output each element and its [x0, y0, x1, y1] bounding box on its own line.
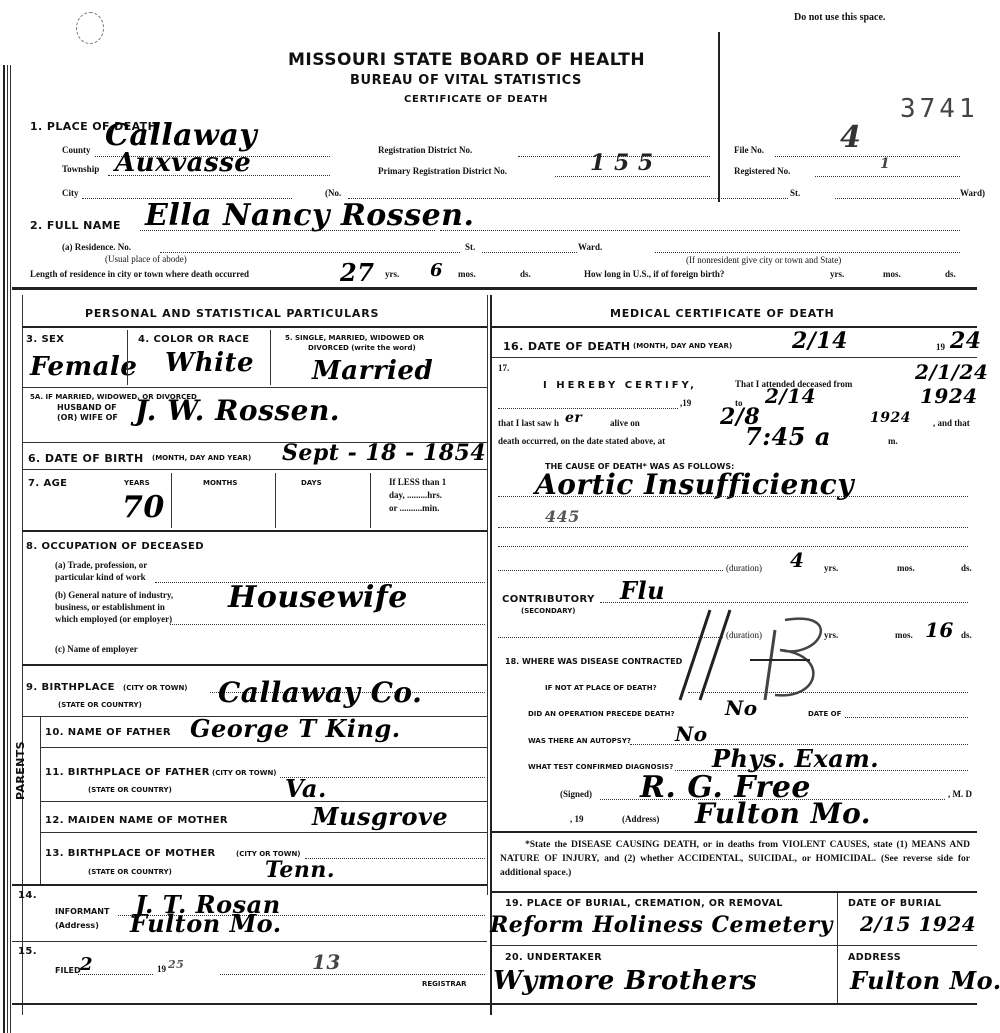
signed-label: (Signed) — [560, 789, 592, 799]
filed-year-label: 19 — [157, 964, 166, 974]
county-label: County — [62, 145, 91, 155]
do-not-use-note: Do not use this space. — [794, 12, 885, 23]
autopsy-field[interactable]: No — [675, 722, 708, 746]
less-than-day-label: If LESS than 1 — [389, 477, 446, 487]
cell-divider — [370, 473, 371, 528]
dod-year-field[interactable]: 24 — [950, 328, 982, 354]
contributory-field[interactable]: Flu — [620, 576, 665, 605]
age-years-field[interactable]: 70 — [122, 490, 165, 525]
father-bp-city-sublabel: (CITY OR TOWN) — [212, 769, 277, 777]
header-divider — [718, 32, 720, 202]
cell-divider — [127, 330, 128, 385]
filed-year-field[interactable]: 25 — [168, 958, 184, 971]
dob-field[interactable]: Sept - 18 - 1854 — [282, 440, 486, 466]
months-label: MONTHS — [203, 479, 237, 487]
meridiem-label: m. — [888, 436, 898, 446]
form-bureau: BUREAU OF VITAL STATISTICS — [350, 73, 582, 88]
mother-name-field[interactable]: Musgrove — [312, 802, 448, 831]
cell-divider — [270, 330, 271, 385]
occupation-a-label2: particular kind of work — [55, 572, 146, 582]
mother-bp-state-sublabel: (STATE OR COUNTRY) — [88, 868, 172, 876]
primary-registration-label: Primary Registration District No. — [378, 166, 507, 176]
occupation-label: 8. OCCUPATION OF DECEASED — [26, 541, 204, 552]
occupation-a-label: (a) Trade, profession, or — [55, 560, 147, 570]
cell-divider — [837, 893, 838, 1003]
registrar-label: REGISTRAR — [422, 980, 467, 988]
residence-sublabel: (Usual place of abode) — [105, 254, 187, 264]
date-of-death-label: 16. DATE OF DEATH — [503, 340, 630, 353]
alive-on-label: alive on — [610, 418, 640, 428]
occupation-field[interactable]: Housewife — [228, 580, 408, 615]
duration1-mos-unit: mos. — [897, 563, 915, 573]
dob-sublabel: (MONTH, DAY AND YEAR) — [152, 454, 251, 462]
race-label: 4. COLOR OR RACE — [138, 334, 249, 345]
length-months-field[interactable]: 6 — [430, 260, 443, 281]
registered-no-label: Registered No. — [734, 166, 790, 176]
township-label: Township — [62, 164, 99, 174]
attended-to-year-field[interactable]: 1924 — [920, 384, 978, 408]
birthplace-field[interactable]: Callaway Co. — [218, 676, 422, 709]
medical-section-title: MEDICAL CERTIFICATE OF DEATH — [610, 307, 835, 320]
residence-ward-label: Ward. — [578, 242, 602, 252]
mother-birthplace-field[interactable]: Tenn. — [265, 857, 335, 883]
dob-label: 6. DATE OF BIRTH — [28, 452, 144, 465]
row-divider — [12, 1003, 977, 1005]
registrar-field[interactable]: 13 — [312, 950, 341, 974]
filed-number: 15. — [18, 946, 37, 957]
left-column-right-border — [487, 295, 488, 895]
registered-no-field[interactable]: 1 — [880, 156, 890, 172]
operation-date-label: DATE OF — [808, 710, 841, 718]
father-name-field[interactable]: George T King. — [190, 714, 401, 743]
row-divider — [22, 664, 487, 666]
disease-contracted-label: 18. WHERE WAS DISEASE CONTRACTED — [505, 657, 682, 666]
city-label: City — [62, 188, 79, 198]
row-divider — [12, 884, 487, 886]
operation-label: DID AN OPERATION PRECEDE DEATH? — [528, 710, 675, 718]
attended-to-field[interactable]: 2/14 — [765, 384, 816, 408]
cause-footnote: *State the DISEASE CAUSING DEATH, or in … — [500, 838, 970, 880]
row-divider — [22, 530, 487, 532]
cell-divider — [275, 473, 276, 528]
informant-address-label: (Address) — [55, 921, 99, 930]
left-border — [22, 295, 23, 1015]
md-label: , M. D — [948, 789, 972, 799]
duration2-mos-unit: mos. — [895, 630, 913, 640]
father-birthplace-field[interactable]: Va. — [285, 774, 327, 803]
attended-from-field[interactable]: 2/1/24 — [915, 360, 988, 384]
not-at-place-label: IF NOT AT PLACE OF DEATH? — [545, 684, 657, 692]
physician-address-label: (Address) — [622, 814, 659, 824]
hours-label: day, .........hrs. — [389, 490, 442, 500]
filed-label: FILED — [55, 966, 81, 975]
dod-year-prefix: 19 — [936, 342, 945, 352]
date-of-death-field[interactable]: 2/14 — [792, 328, 848, 354]
death-time-field[interactable]: 7:45 a — [745, 422, 831, 451]
row-divider — [22, 469, 487, 470]
row-divider — [22, 387, 487, 388]
duration1-yrs-field[interactable]: 4 — [790, 548, 804, 572]
undertaker-label: 20. UNDERTAKER — [505, 952, 602, 963]
operation-field[interactable]: No — [725, 696, 758, 720]
section-divider — [12, 287, 977, 290]
father-birthplace-label: 11. BIRTHPLACE OF FATHER — [45, 767, 210, 778]
last-saw-pronoun-field[interactable]: er — [565, 410, 582, 426]
death-occurred-label: death occurred, on the date stated above… — [498, 436, 665, 446]
row-divider — [492, 326, 977, 328]
years-label: YEARS — [124, 479, 150, 487]
spouse-field[interactable]: J. W. Rossen. — [135, 394, 340, 427]
signed-date-label: , 19 — [570, 814, 584, 824]
form-subtitle: CERTIFICATE OF DEATH — [404, 94, 548, 105]
length-years-field[interactable]: 27 — [340, 258, 374, 287]
row-divider — [492, 891, 977, 893]
length-years-unit: yrs. — [385, 269, 399, 279]
wife-of-label: (OR) WIFE OF — [57, 413, 118, 422]
primary-registration-field[interactable]: 1 5 5 — [590, 150, 654, 176]
row-divider — [492, 831, 977, 833]
page-edge-line — [7, 65, 8, 1033]
residence-label: (a) Residence. No. — [62, 242, 131, 252]
days-label: DAYS — [301, 479, 322, 487]
and-that-label: , and that — [933, 418, 970, 428]
informant-label: INFORMANT — [55, 907, 109, 916]
birthplace-city-sublabel: (CITY OR TOWN) — [123, 684, 188, 692]
burial-date-label: DATE OF BURIAL — [848, 898, 941, 909]
last-saw-label: that I last saw h — [498, 418, 559, 428]
race-field[interactable]: White — [165, 348, 254, 378]
duration2-ds-unit: ds. — [961, 630, 972, 640]
undertaker-address-field[interactable]: Fulton Mo. — [850, 966, 1000, 995]
row-divider — [492, 945, 977, 946]
occupation-b-label3: which employed (or employer) — [55, 614, 172, 624]
father-name-label: 10. NAME OF FATHER — [45, 727, 171, 738]
full-name-label: 2. FULL NAME — [30, 219, 121, 232]
form-title: MISSOURI STATE BOARD OF HEALTH — [288, 50, 645, 70]
cert-number: 17. — [498, 363, 509, 373]
occupation-b-label: (b) General nature of industry, — [55, 590, 173, 600]
street-no-label: (No. — [325, 188, 341, 198]
ward-label: Ward) — [960, 188, 985, 198]
marital-status-sublabel: DIVORCED (write the word) — [308, 344, 416, 352]
burial-place-field[interactable]: Reform Holiness Cemetery — [490, 912, 833, 938]
street-label: St. — [790, 188, 800, 198]
filed-day-field[interactable]: 2 — [80, 954, 93, 975]
stamp-number: 3741 — [900, 94, 979, 124]
foreign-birth-label: How long in U.S., if of foreign birth? — [584, 269, 724, 279]
row-divider — [40, 832, 487, 833]
certify-heading: I HEREBY CERTIFY, — [543, 380, 697, 391]
length-of-residence-label: Length of residence in city or town wher… — [30, 269, 249, 279]
length-days-unit: ds. — [520, 269, 531, 279]
father-bp-state-sublabel: (STATE OR COUNTRY) — [88, 786, 172, 794]
cause-note: 445 — [545, 507, 580, 526]
nonresident-note: (If nonresident give city or town and St… — [686, 255, 841, 265]
minutes-label: or ..........min. — [389, 503, 439, 513]
punch-hole-mark — [76, 12, 104, 44]
marital-status-field[interactable]: Married — [312, 356, 433, 386]
birthplace-label: 9. BIRTHPLACE — [26, 682, 115, 693]
mother-birthplace-label: 13. BIRTHPLACE OF MOTHER — [45, 848, 216, 859]
duration2-days-field[interactable]: 16 — [925, 618, 954, 642]
burial-place-label: 19. PLACE OF BURIAL, CREMATION, OR REMOV… — [505, 898, 783, 909]
duration1-yrs-unit: yrs. — [824, 563, 838, 573]
row-divider — [12, 941, 487, 942]
attended-year-label: ,19 — [680, 398, 691, 408]
diagnosis-test-field[interactable]: Phys. Exam. — [712, 744, 879, 773]
row-divider — [22, 326, 487, 328]
occupation-b-label2: business, or establishment in — [55, 602, 165, 612]
contributory-label: CONTRIBUTORY — [502, 594, 595, 605]
birthplace-state-sublabel: (STATE OR COUNTRY) — [58, 701, 142, 709]
file-no-label: File No. — [734, 145, 764, 155]
column-divider — [490, 295, 492, 1015]
full-name-field[interactable]: Ella Nancy Rossen. — [145, 198, 474, 233]
foreign-ds-unit: ds. — [945, 269, 956, 279]
registration-district-label: Registration District No. — [378, 145, 472, 155]
mother-name-label: 12. MAIDEN NAME OF MOTHER — [45, 815, 228, 826]
informant-number: 14. — [18, 890, 37, 901]
foreign-yrs-unit: yrs. — [830, 269, 844, 279]
row-divider — [40, 747, 487, 748]
residence-st-label: St. — [465, 242, 475, 252]
sex-label: 3. SEX — [26, 334, 64, 345]
township-field[interactable]: Auxvasse — [115, 148, 251, 178]
foreign-mos-unit: mos. — [883, 269, 901, 279]
cell-divider — [171, 473, 172, 528]
parents-label: PARENTS — [14, 741, 27, 800]
duration-label: (duration) — [726, 563, 762, 573]
autopsy-label: WAS THERE AN AUTOPSY? — [528, 737, 631, 745]
burial-date-field[interactable]: 2/15 1924 — [860, 912, 976, 936]
informant-address-field[interactable]: Fulton Mo. — [130, 909, 282, 938]
length-months-unit: mos. — [458, 269, 476, 279]
row-divider — [492, 357, 977, 358]
employer-label: (c) Name of employer — [55, 644, 138, 654]
personal-section-title: PERSONAL AND STATISTICAL PARTICULARS — [85, 307, 379, 320]
physician-address-field[interactable]: Fulton Mo. — [695, 797, 871, 830]
age-label: 7. AGE — [28, 478, 67, 489]
date-of-death-sublabel: (MONTH, DAY AND YEAR) — [633, 342, 732, 350]
undertaker-address-label: ADDRESS — [848, 952, 901, 963]
undertaker-field[interactable]: Wymore Brothers — [493, 966, 757, 996]
sex-field[interactable]: Female — [30, 352, 137, 382]
page-edge-line — [10, 65, 11, 1033]
contributory-sublabel: (SECONDARY) — [521, 607, 575, 615]
husband-of-label: HUSBAND OF — [57, 403, 117, 412]
file-no-field[interactable]: 4 — [840, 120, 861, 155]
last-saw-year-field[interactable]: 1924 — [870, 410, 911, 426]
page-edge-line — [3, 65, 5, 1033]
medical-signature-mark — [670, 600, 840, 710]
marital-status-label: 5. SINGLE, MARRIED, WIDOWED OR — [285, 334, 424, 342]
duration1-ds-unit: ds. — [961, 563, 972, 573]
